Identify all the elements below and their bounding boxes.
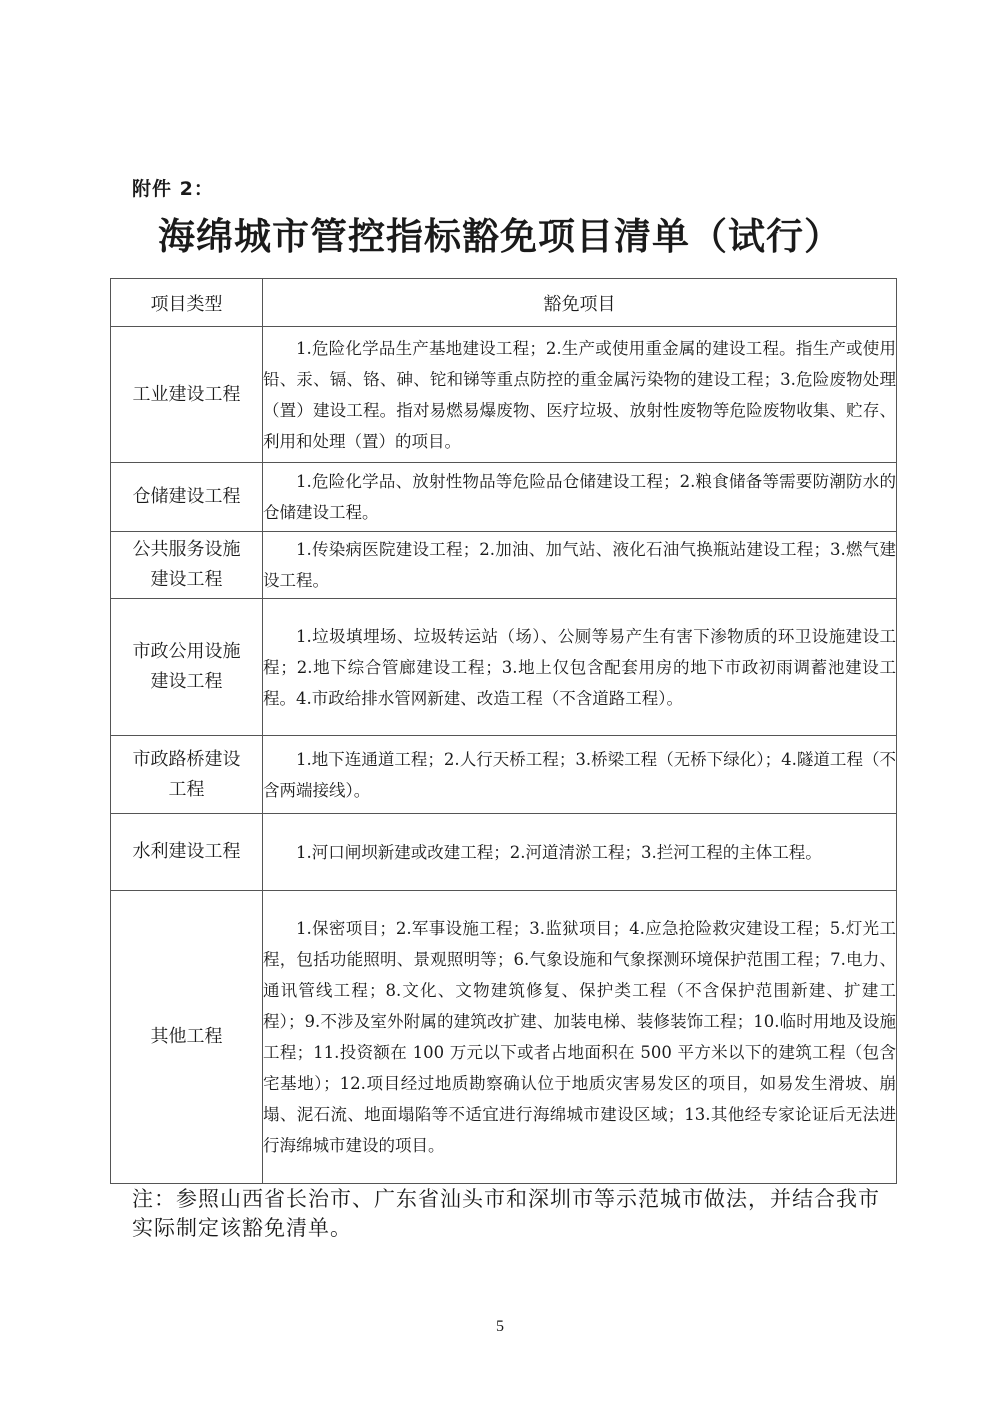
project-type-cell: 仓储建设工程 [111, 463, 263, 532]
table-row: 工业建设工程 1.危险化学品生产基地建设工程；2.生产或使用重金属的建设工程。指… [111, 327, 897, 463]
footnote: 注：参照山西省长治市、广东省汕头市和深圳市等示范城市做法，并结合我市实际制定该豁… [132, 1185, 892, 1243]
project-type-cell: 其他工程 [111, 891, 263, 1184]
exempt-items-cell: 1.河口闸坝新建或改建工程；2.河道清淤工程；3.拦河工程的主体工程。 [263, 814, 897, 891]
document-title: 海绵城市管控指标豁免项目清单（试行） [0, 206, 1000, 260]
header-exempt-items: 豁免项目 [263, 279, 897, 327]
header-project-type: 项目类型 [111, 279, 263, 327]
exempt-items-text: 1.保密项目；2.军事设施工程；3.监狱项目；4.应急抢险救灾建设工程；5.灯光… [263, 913, 896, 1161]
exempt-items-text: 1.河口闸坝新建或改建工程；2.河道清淤工程；3.拦河工程的主体工程。 [263, 837, 896, 868]
table-row: 市政公用设施建设工程 1.垃圾填埋场、垃圾转运站（场）、公厕等易产生有害下渗物质… [111, 599, 897, 736]
exempt-items-text: 1.传染病医院建设工程；2.加油、加气站、液化石油气换瓶站建设工程；3.燃气建设… [263, 534, 896, 596]
exempt-items-text: 1.地下连通道工程；2.人行天桥工程；3.桥梁工程（无桥下绿化）；4.隧道工程（… [263, 744, 896, 806]
exempt-items-cell: 1.垃圾填埋场、垃圾转运站（场）、公厕等易产生有害下渗物质的环卫设施建设工程；2… [263, 599, 897, 736]
project-type-cell: 水利建设工程 [111, 814, 263, 891]
project-type-cell: 市政公用设施建设工程 [111, 599, 263, 736]
table-row: 水利建设工程 1.河口闸坝新建或改建工程；2.河道清淤工程；3.拦河工程的主体工… [111, 814, 897, 891]
exempt-items-text: 1.垃圾填埋场、垃圾转运站（场）、公厕等易产生有害下渗物质的环卫设施建设工程；2… [263, 621, 896, 714]
table-row: 公共服务设施建设工程 1.传染病医院建设工程；2.加油、加气站、液化石油气换瓶站… [111, 532, 897, 599]
exempt-items-cell: 1.保密项目；2.军事设施工程；3.监狱项目；4.应急抢险救灾建设工程；5.灯光… [263, 891, 897, 1184]
page-number: 5 [0, 1318, 1000, 1336]
table-row: 市政路桥建设工程 1.地下连通道工程；2.人行天桥工程；3.桥梁工程（无桥下绿化… [111, 736, 897, 814]
exempt-items-cell: 1.危险化学品生产基地建设工程；2.生产或使用重金属的建设工程。指生产或使用铅、… [263, 327, 897, 463]
exempt-items-text: 1.危险化学品生产基地建设工程；2.生产或使用重金属的建设工程。指生产或使用铅、… [263, 333, 896, 457]
table-row: 仓储建设工程 1.危险化学品、放射性物品等危险品仓储建设工程；2.粮食储备等需要… [111, 463, 897, 532]
exempt-items-cell: 1.地下连通道工程；2.人行天桥工程；3.桥梁工程（无桥下绿化）；4.隧道工程（… [263, 736, 897, 814]
project-type-cell: 市政路桥建设工程 [111, 736, 263, 814]
exempt-items-cell: 1.传染病医院建设工程；2.加油、加气站、液化石油气换瓶站建设工程；3.燃气建设… [263, 532, 897, 599]
table-row: 其他工程 1.保密项目；2.军事设施工程；3.监狱项目；4.应急抢险救灾建设工程… [111, 891, 897, 1184]
table-header-row: 项目类型 豁免项目 [111, 279, 897, 327]
project-type-cell: 工业建设工程 [111, 327, 263, 463]
project-type-cell: 公共服务设施建设工程 [111, 532, 263, 599]
exempt-items-cell: 1.危险化学品、放射性物品等危险品仓储建设工程；2.粮食储备等需要防潮防水的仓储… [263, 463, 897, 532]
exempt-items-text: 1.危险化学品、放射性物品等危险品仓储建设工程；2.粮食储备等需要防潮防水的仓储… [263, 466, 896, 528]
exemption-table: 项目类型 豁免项目 工业建设工程 1.危险化学品生产基地建设工程；2.生产或使用… [110, 278, 897, 1184]
attachment-label: 附件 2： [132, 174, 214, 201]
